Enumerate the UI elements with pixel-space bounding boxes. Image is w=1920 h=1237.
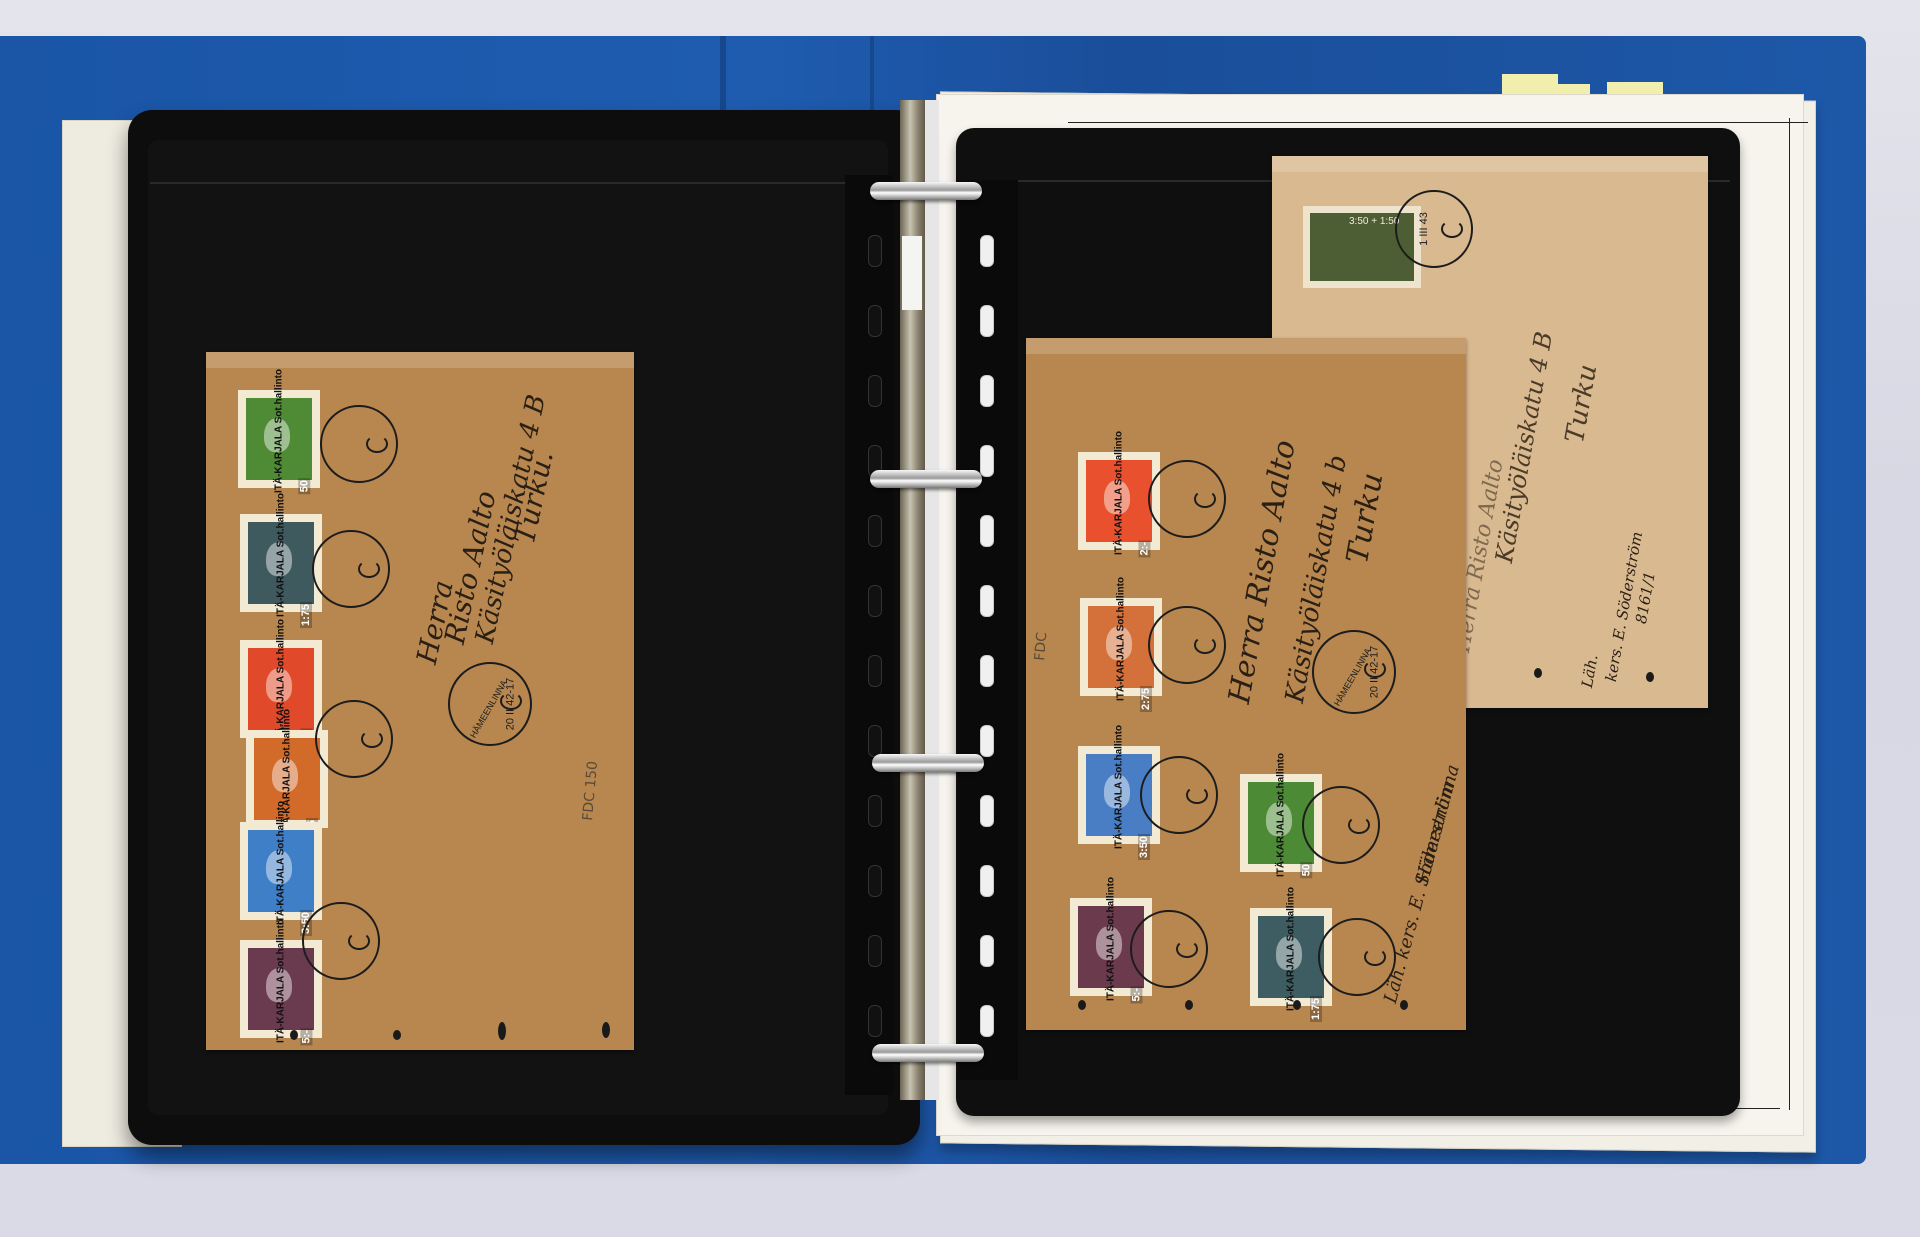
cover-flap [206, 352, 634, 368]
stamp-design: ITÄ-KARJALA Sot.hallinto1:75 [248, 522, 314, 604]
stamp-design: ITÄ-KARJALA Sot.hallinto5:- [248, 948, 314, 1030]
stamp[interactable]: ITÄ-KARJALA Sot.hallinto50 [238, 390, 320, 488]
postmark [1148, 606, 1226, 684]
binder-seam [870, 36, 874, 116]
stamp-value: 50 [1300, 862, 1312, 878]
postmark: HÄMEENLINNA 20 II 42-17 [448, 662, 532, 746]
postmark [1302, 786, 1380, 864]
stamp-design: ITÄ-KARJALA Sot.hallinto1:75 [1258, 916, 1324, 998]
stamp-value: 3:50 + 1:50 [1349, 216, 1399, 227]
post-horn-icon [1364, 660, 1386, 678]
stamp-overprint: ITÄ-KARJALA Sot.hallinto [1286, 887, 1297, 1011]
stamp-value: 5:- [1130, 986, 1142, 1003]
punch-hole [980, 1005, 994, 1037]
binder-ring [872, 754, 984, 772]
post-horn-icon [366, 435, 388, 453]
page-border-line [1789, 118, 1790, 1110]
post-horn-icon [358, 560, 380, 578]
stamp-value: 3:50 [1138, 834, 1150, 860]
stamp-design: ITÄ-KARJALA Sot.hallinto2:75 [254, 738, 320, 820]
postmark-town: HÄMEENLINNA [468, 678, 509, 739]
filing-hole [498, 1022, 506, 1040]
postmark: 1 III 43 [1395, 190, 1473, 268]
punch-hole [868, 935, 882, 967]
punch-hole [868, 865, 882, 897]
punch-hole [980, 235, 994, 267]
filing-hole [602, 1022, 610, 1038]
filing-hole [393, 1030, 401, 1040]
postmark [312, 530, 390, 608]
postmark [1140, 756, 1218, 834]
binder-ring [872, 1044, 984, 1062]
punch-hole [868, 235, 882, 267]
cover-flap [1272, 156, 1708, 172]
strip-edge [150, 182, 890, 184]
stamp-value: 1:75 [1310, 996, 1322, 1022]
filing-hole [1185, 1000, 1193, 1010]
punch-hole [980, 865, 994, 897]
stamp-design: ITÄ-KARJALA Sot.hallinto50 [246, 398, 312, 480]
punch-hole [980, 375, 994, 407]
punch-hole [980, 305, 994, 337]
stamp-overprint: ITÄ-KARJALA Sot.hallinto [1116, 577, 1127, 701]
postmark-date: 1 III 43 [1418, 212, 1430, 246]
stamp-overprint: ITÄ-KARJALA Sot.hallinto [1114, 725, 1125, 849]
stamp-overprint: ITÄ-KARJALA Sot.hallinto [276, 801, 287, 925]
stamp-value: 50 [298, 478, 310, 494]
binder-ring [870, 182, 982, 200]
postmark [1130, 910, 1208, 988]
punch-hole [980, 515, 994, 547]
stamp[interactable]: ITÄ-KARJALA Sot.hallinto1:75 [240, 514, 322, 612]
postmark [1148, 460, 1226, 538]
filing-hole [1646, 672, 1654, 682]
punch-hole [868, 585, 882, 617]
post-horn-icon [1176, 940, 1198, 958]
binder-ring [870, 470, 982, 488]
postmark [315, 700, 393, 778]
post-horn-icon [1194, 490, 1216, 508]
stamp-overprint: ITÄ-KARJALA Sot.hallinto [276, 919, 287, 1043]
stamp-value: 5:- [300, 1028, 312, 1045]
punch-hole [980, 795, 994, 827]
post-horn-icon [1186, 786, 1208, 804]
punch-hole [980, 935, 994, 967]
stamp-overprint: ITÄ-KARJALA Sot.hallinto [1276, 753, 1287, 877]
punch-hole [868, 375, 882, 407]
postmark [320, 405, 398, 483]
binder-seam [720, 36, 726, 116]
punch-hole [980, 655, 994, 687]
filing-hole [290, 1030, 298, 1040]
postmark: HÄMEENLINNA 20 II 42-17 [1312, 630, 1396, 714]
stamp-design: ITÄ-KARJALA Sot.hallinto3:50 [248, 830, 314, 912]
filing-hole [1078, 1000, 1086, 1010]
tape-strip [902, 236, 922, 310]
post-horn-icon [1194, 636, 1216, 654]
cover-flap [1026, 338, 1466, 354]
postmark [302, 902, 380, 980]
post-horn-icon [361, 730, 383, 748]
stamp-value: 1:75 [300, 602, 312, 628]
punch-hole [980, 585, 994, 617]
pencil-note: FDC [1032, 631, 1050, 661]
post-horn-icon [500, 692, 522, 710]
post-horn-icon [348, 932, 370, 950]
punch-hole [980, 725, 994, 757]
stamp-overprint: ITÄ-KARJALA Sot.hallinto [276, 493, 287, 617]
post-horn-icon [1348, 816, 1370, 834]
post-horn-icon [1441, 220, 1463, 238]
punch-hole [868, 795, 882, 827]
stamp-value: 2:75 [1140, 686, 1152, 712]
filing-hole [1534, 668, 1542, 678]
stamp-design: ITÄ-KARJALA Sot.hallinto2:75 [1088, 606, 1154, 688]
stamp-overprint: ITÄ-KARJALA Sot.hallinto [274, 369, 285, 493]
post-horn-icon [1364, 948, 1386, 966]
stamp-overprint: ITÄ-KARJALA Sot.hallinto [1106, 877, 1117, 1001]
postmark-town: HÄMEENLINNA [1332, 646, 1373, 707]
stamp-overprint: ITÄ-KARJALA Sot.hallinto [1114, 431, 1125, 555]
punch-hole [868, 1005, 882, 1037]
page-edges [925, 100, 939, 1100]
punch-hole [868, 725, 882, 757]
punch-hole [980, 445, 994, 477]
punch-hole [868, 655, 882, 687]
punch-hole [868, 305, 882, 337]
filing-hole [1293, 1000, 1301, 1010]
stamp[interactable]: ITÄ-KARJALA Sot.hallinto3:50 [240, 822, 322, 920]
punch-hole [868, 515, 882, 547]
stamp-design: ITÄ-KARJALA Sot.hallinto2:- [1086, 460, 1152, 542]
page-border-line [1068, 122, 1808, 123]
filing-hole [1400, 1000, 1408, 1010]
stamp-value: 2:- [1138, 540, 1150, 557]
